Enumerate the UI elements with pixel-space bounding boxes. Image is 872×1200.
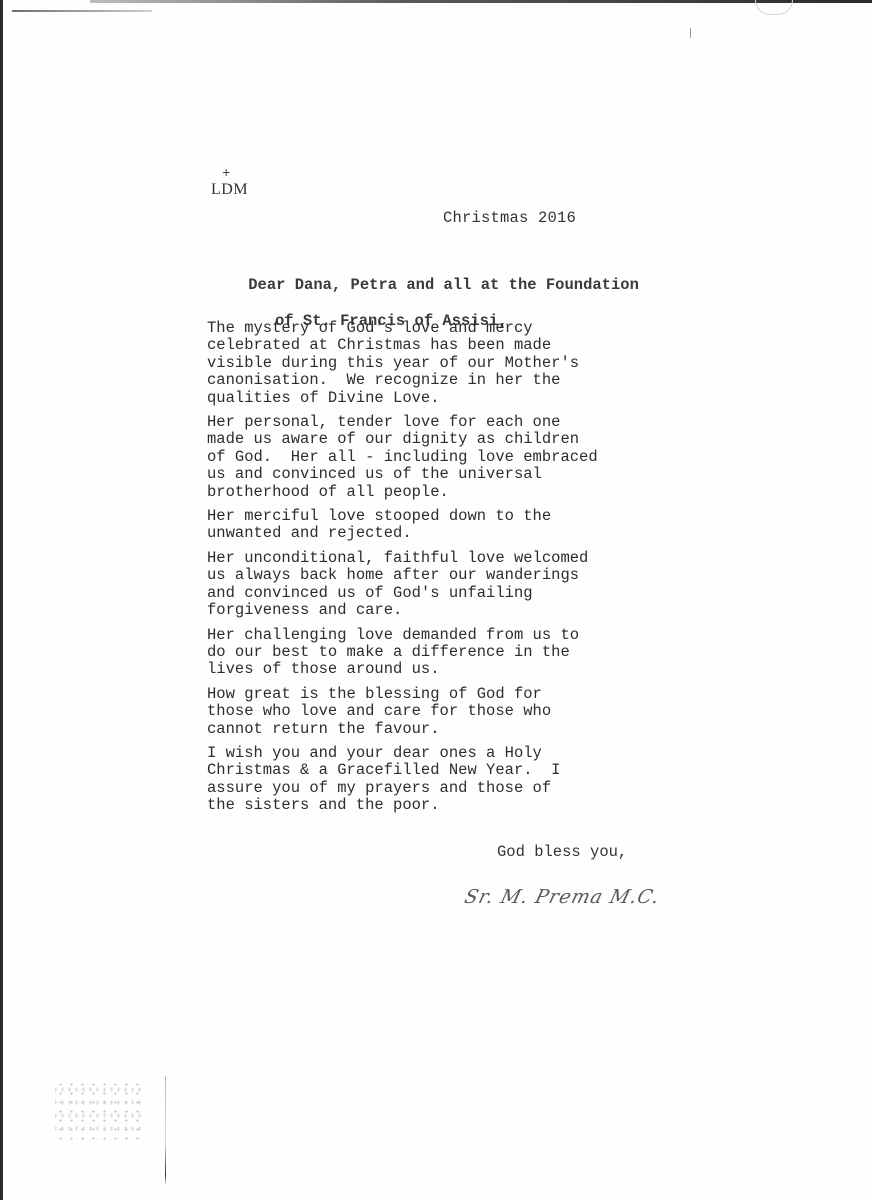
letter-body: The mystery of God's love and mercy cele… [207, 320, 667, 822]
scan-artifact-line [12, 10, 152, 12]
header-initials: LDM [211, 181, 248, 199]
scan-noise-speckle [55, 1080, 145, 1140]
scan-artifact-vertical-line [165, 1076, 166, 1186]
faint-stamp-mark [755, 0, 793, 15]
paragraph-tender-love: Her personal, tender love for each one m… [207, 414, 667, 501]
cross-icon: + [222, 166, 230, 182]
paragraph-merciful-love: Her merciful love stooped down to the un… [207, 508, 667, 543]
paragraph-blessing: How great is the blessing of God for tho… [207, 686, 667, 738]
scan-artifact-tick [690, 28, 691, 38]
closing-line: God bless you, [497, 843, 627, 861]
paragraph-mystery: The mystery of God's love and mercy cele… [207, 320, 667, 407]
paragraph-wishes: I wish you and your dear ones a Holy Chr… [207, 745, 667, 815]
paragraph-challenging-love: Her challenging love demanded from us to… [207, 627, 667, 679]
paragraph-unconditional-love: Her unconditional, faithful love welcome… [207, 550, 667, 620]
letter-date: Christmas 2016 [443, 209, 576, 227]
scanned-letter-page: + LDM Christmas 2016 Dear Dana, Petra an… [0, 0, 872, 1200]
scan-border-left [0, 0, 3, 1200]
handwritten-signature: Sr. M. Prema M.C. [462, 886, 662, 908]
salutation-line-1: Dear Dana, Petra and all at the Foundati… [248, 276, 639, 294]
